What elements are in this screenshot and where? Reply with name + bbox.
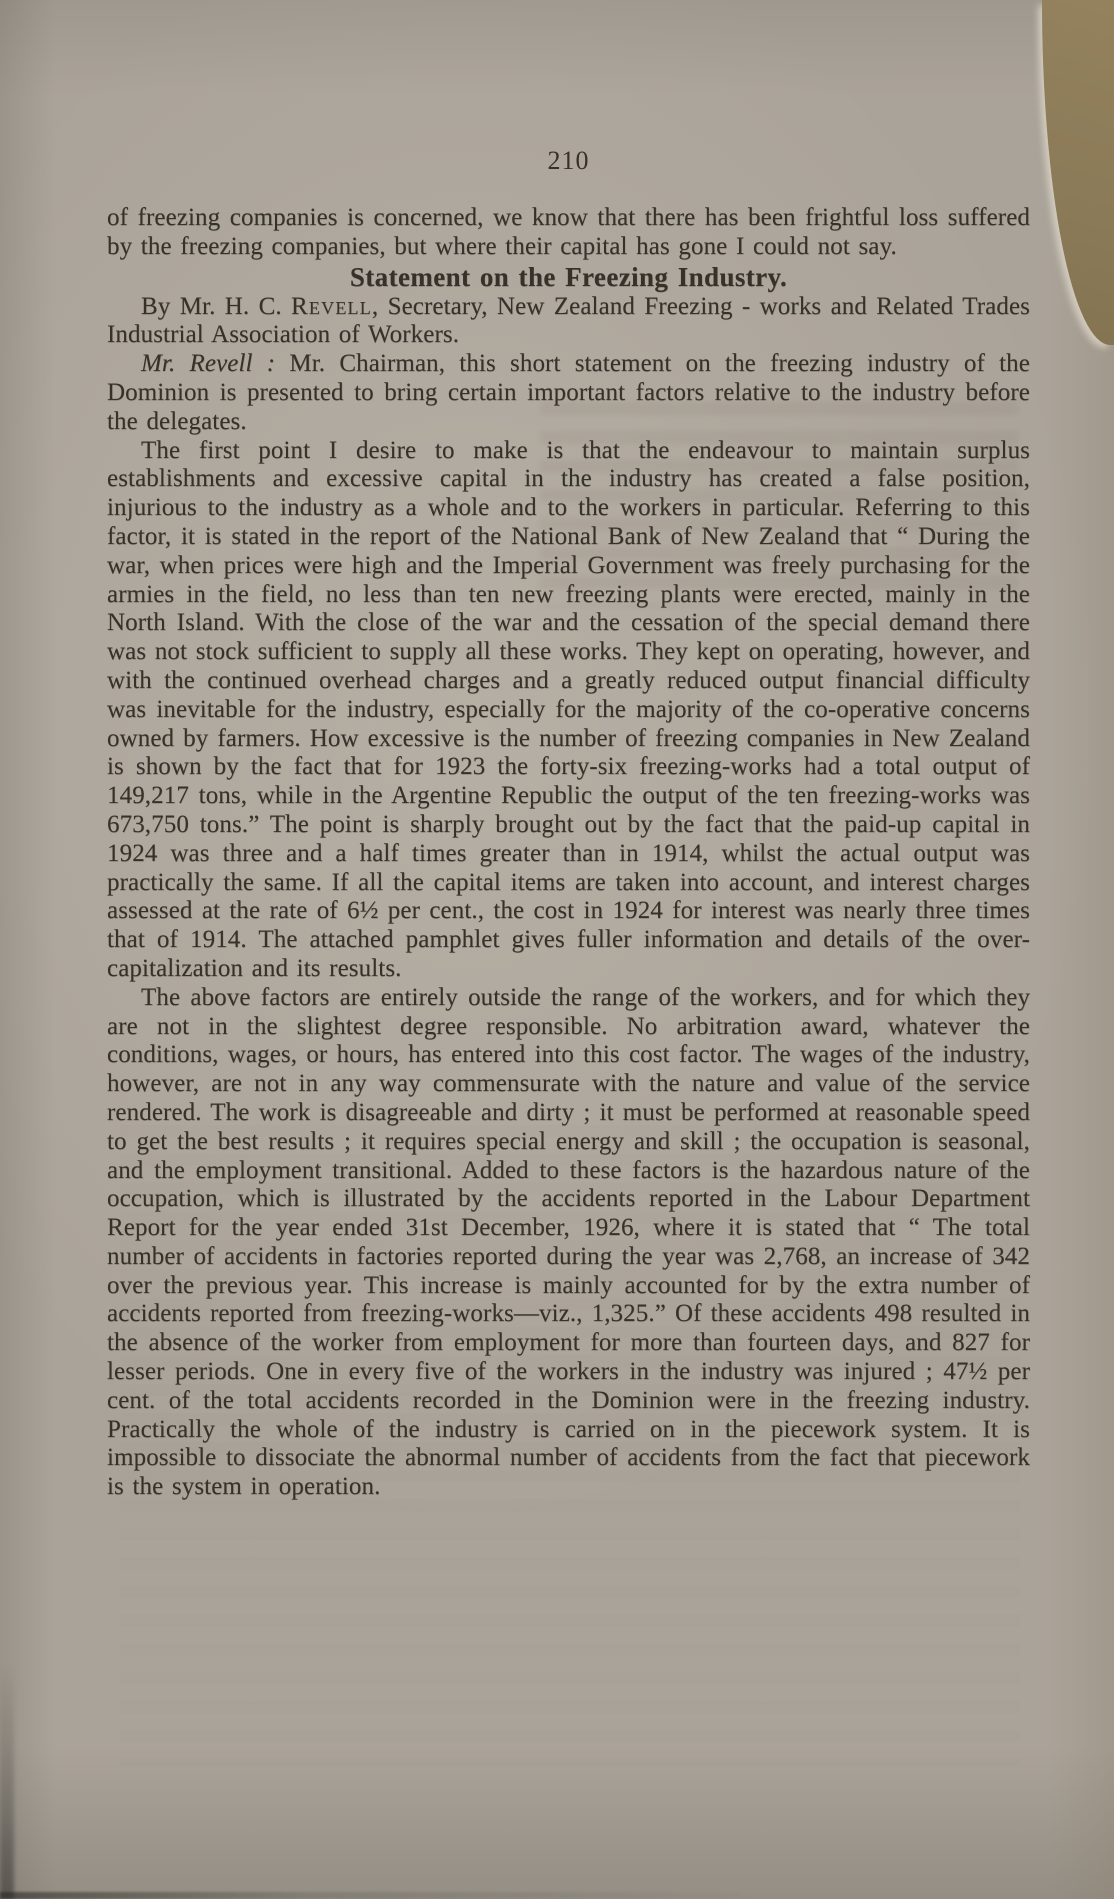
- section-heading: Statement on the Freezing Industry.: [107, 262, 1030, 293]
- page-content: of freezing companies is concerned, we k…: [107, 204, 1030, 1502]
- left-edge-shadow: [0, 1664, 14, 1899]
- speaker-name: Mr. Revell :: [141, 350, 289, 377]
- byline-author-name: Revell: [291, 293, 372, 320]
- speech-paragraph: Mr. Revell : Mr. Chairman, this short st…: [107, 350, 1030, 436]
- byline: By Mr. H. C. Revell, Secretary, New Zeal…: [107, 293, 1030, 351]
- bottom-edge-shadow: [0, 1892, 758, 1899]
- byline-prefix: By Mr. H. C.: [141, 293, 291, 320]
- paragraph-continuation: of freezing companies is concerned, we k…: [107, 204, 1030, 262]
- body-paragraph-2: The above factors are entirely outside t…: [107, 984, 1030, 1502]
- page-number: 210: [107, 146, 1030, 176]
- page-corner-backdrop: [1042, 0, 1114, 345]
- body-paragraph-1: The first point I desire to make is that…: [107, 437, 1030, 984]
- scanned-book-page: 210 of freezing companies is concerned, …: [0, 0, 1114, 1899]
